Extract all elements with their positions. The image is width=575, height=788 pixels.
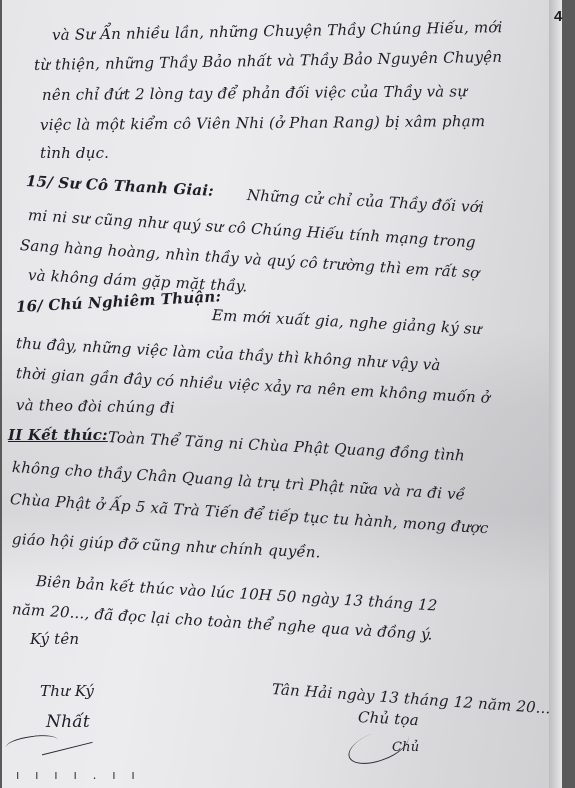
text-line: nên chỉ đứt 2 lòng tay để phản đối việc … (42, 82, 467, 104)
secretary-signature: Nhất (46, 712, 90, 732)
text-line: từ thiện, những Thầy Bảo nhất và Thầy Bả… (34, 48, 502, 74)
conclusion-label: II Kết thúc: (8, 426, 108, 444)
sign-label: Ký tên (30, 630, 79, 648)
secretary-role: Thư Ký (40, 682, 94, 700)
text-line: việc là một kiểm cô Viên Nhi (ở Phan Ran… (40, 112, 485, 134)
text-line: và theo đòi chúng đi (16, 396, 175, 417)
item-label: 15/ Sư Cô Thanh Giai: (26, 172, 215, 200)
signature-stroke (344, 722, 413, 771)
chair-role: Chủ tọa (358, 708, 420, 729)
document-page: 4 và Sư Ẩn nhiều lần, những Chuyện Thầy … (2, 0, 562, 788)
page-number: 4 (554, 8, 562, 25)
page-edge (549, 0, 562, 788)
text-line: tình dục. (40, 144, 109, 162)
footer-marks: ı ı ı ı . ı ı (16, 768, 141, 782)
text-line: và Sư Ẩn nhiều lần, những Chuyện Thầy Ch… (52, 18, 503, 44)
item-label: 16/ Chú Nghiêm Thuận: (16, 287, 222, 316)
text-line: Những cử chỉ của Thầy đối với (247, 186, 485, 216)
